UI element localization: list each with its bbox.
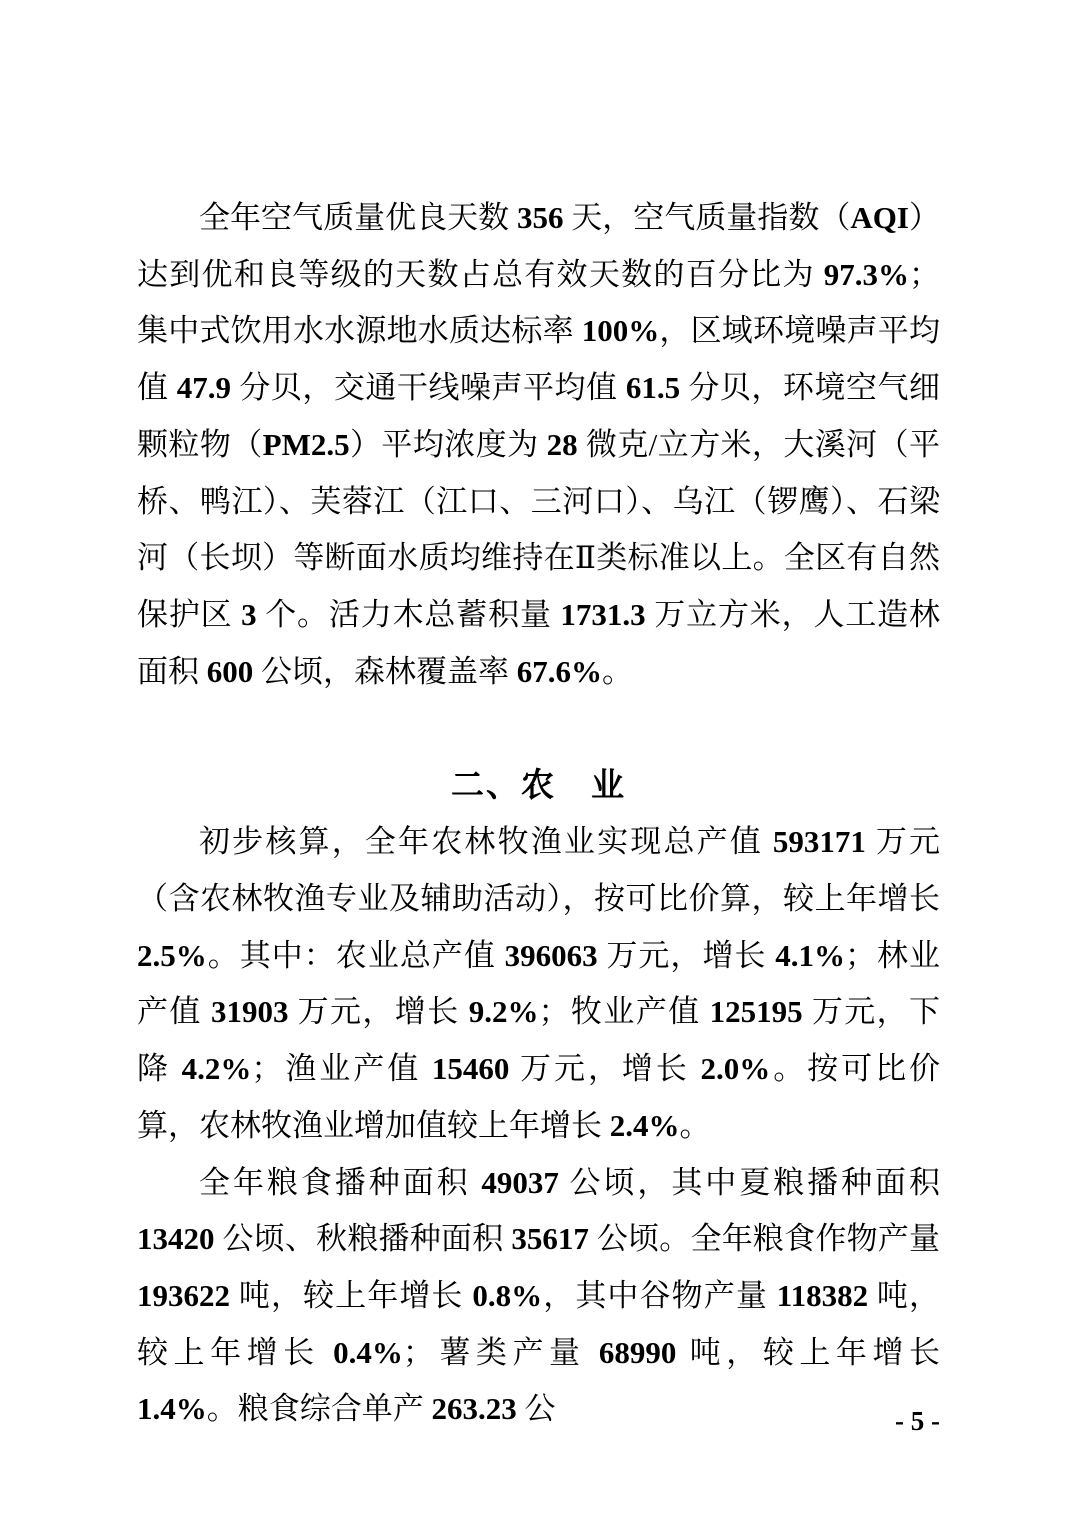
paragraph-environment-stats: 全年空气质量优良天数 356 天，空气质量指数（AQI）达到优和良等级的天数占总… bbox=[137, 190, 940, 700]
document-page: 全年空气质量优良天数 356 天，空气质量指数（AQI）达到优和良等级的天数占总… bbox=[0, 0, 1074, 1520]
section-heading-agriculture: 二、农 业 bbox=[137, 765, 940, 805]
page-number: - 5 - bbox=[895, 1405, 940, 1437]
page-content: 全年空气质量优良天数 356 天，空气质量指数（AQI）达到优和良等级的天数占总… bbox=[137, 190, 940, 1438]
paragraph-agriculture-overview: 初步核算，全年农林牧渔业实现总产值 593171 万元（含农林牧渔专业及辅助活动… bbox=[137, 814, 940, 1154]
paragraph-grain-production: 全年粮食播种面积 49037 公顷，其中夏粮播种面积 13420 公顷、秋粮播种… bbox=[137, 1155, 940, 1439]
